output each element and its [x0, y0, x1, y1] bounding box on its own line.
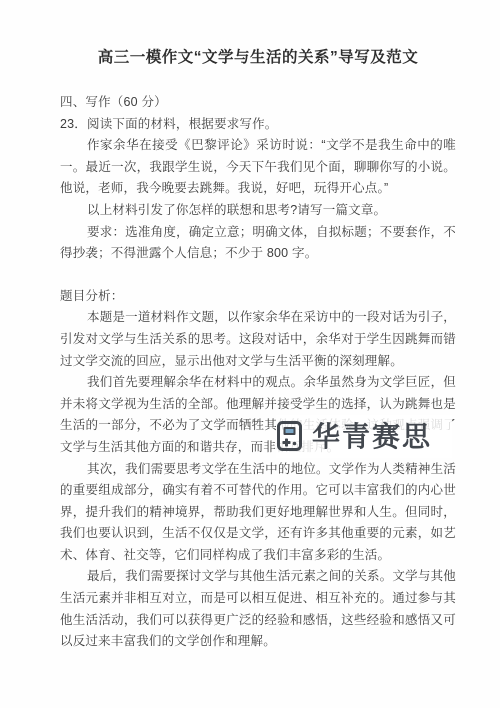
- document-title: 高三一模作文“文学与生活的关系”导写及范文: [60, 48, 456, 68]
- analysis-paragraph-4: 最后，我们需要探讨文学与其他生活元素之间的关系。文学与其他生活元素并非相互对立，…: [60, 566, 456, 652]
- analysis-heading: 题目分析：: [60, 286, 456, 308]
- analysis-paragraph-3: 其次，我们需要思考文学在生活中的地位。文学作为人类精神生活的重要组成部分，确实有…: [60, 459, 456, 567]
- document-page: 高三一模作文“文学与生活的关系”导写及范文 四、写作（60 分） 23．阅读下面…: [0, 0, 500, 708]
- material-paragraph: 作家余华在接受《巴黎评论》采访时说：“文学不是我生命中的唯一。最近一次，我跟学生…: [60, 135, 456, 200]
- analysis-paragraph-1: 本题是一道材料作文题，以作家余华在采访中的一段对话为引子，引发对文学与生活关系的…: [60, 307, 456, 372]
- requirements-paragraph: 要求：选准角度，确定立意；明确文体，自拟标题；不要套作，不得抄袭；不得泄露个人信…: [60, 222, 456, 265]
- prompt-line: 以上材料引发了你怎样的联想和思考?请写一篇文章。: [60, 200, 456, 222]
- question-line: 23．阅读下面的材料，根据要求写作。: [60, 114, 456, 136]
- analysis-paragraph-2: 我们首先要理解余华在材料中的观点。余华虽然身为文学巨匠，但并未将文学视为生活的全…: [60, 372, 456, 458]
- section-heading: 四、写作（60 分）: [60, 92, 456, 114]
- document-content: 高三一模作文“文学与生活的关系”导写及范文 四、写作（60 分） 23．阅读下面…: [60, 48, 456, 653]
